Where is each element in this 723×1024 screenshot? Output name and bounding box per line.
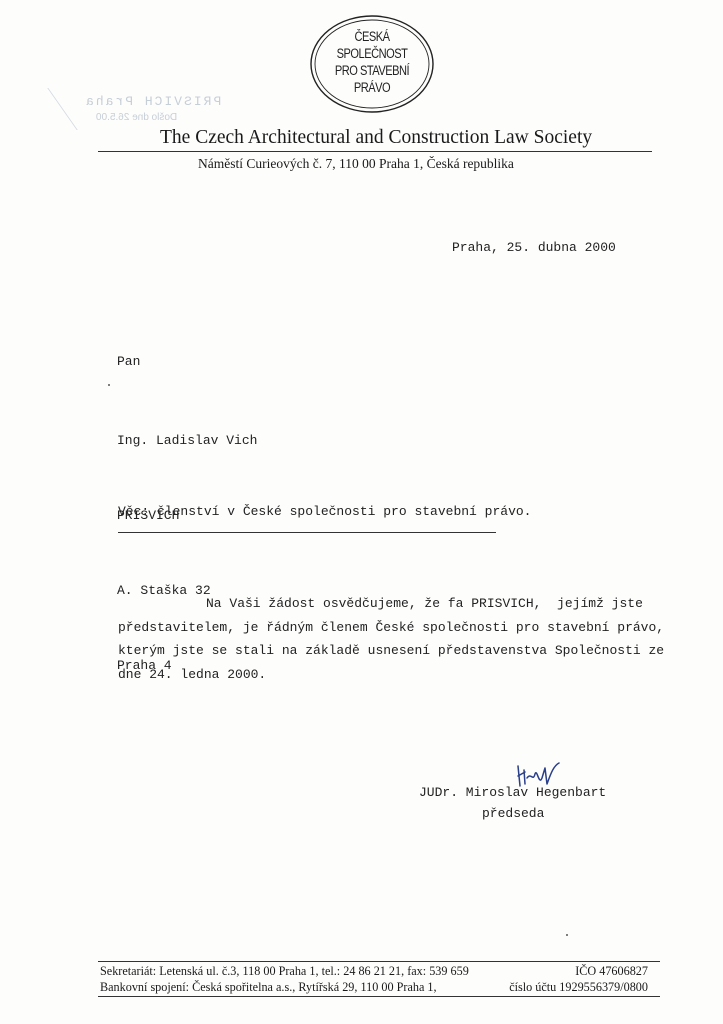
- body-line: dne 24. ledna 2000.: [118, 663, 628, 687]
- body-line: kterým jste se stali na základě usnesení…: [118, 639, 628, 663]
- organization-address: Náměstí Curieových č. 7, 110 00 Praha 1,…: [198, 156, 514, 172]
- letter-body: Na Vaši žádost osvědčujeme, že fa PRISVI…: [118, 592, 628, 686]
- signer-name: JUDr. Miroslav Hegenbart: [419, 785, 606, 800]
- logo-line: ČESKÁ: [320, 28, 425, 45]
- footer-account: číslo účtu 1929556379/0800: [509, 980, 648, 995]
- logo-text: ČESKÁ SPOLEČNOST PRO STAVEBNÍ PRÁVO: [320, 28, 425, 96]
- letter-subject: Věc: členství v České společnosti pro st…: [118, 504, 531, 519]
- stamp-company: PRISVICH Praha: [84, 94, 221, 109]
- footer-secretariat: Sekretariát: Letenská ul. č.3, 118 00 Pr…: [100, 964, 469, 979]
- footer-top-divider: [98, 961, 660, 962]
- subject-underline: [118, 532, 496, 533]
- body-line: představitelem, je řádným členem České s…: [118, 616, 628, 640]
- society-logo: ČESKÁ SPOLEČNOST PRO STAVEBNÍ PRÁVO: [308, 8, 436, 118]
- footer-bank: Bankovní spojení: Česká spořitelna a.s.,…: [100, 980, 437, 995]
- organization-name: The Czech Architectural and Construction…: [160, 127, 592, 149]
- logo-line: SPOLEČNOST: [320, 45, 425, 62]
- margin-dot: [566, 934, 568, 936]
- footer-secretariat-line: Sekretariát: Letenská ul. č.3, 118 00 Pr…: [100, 964, 648, 979]
- logo-line: PRÁVO: [320, 79, 425, 96]
- footer-bank-line: Bankovní spojení: Česká spořitelna a.s.,…: [100, 980, 648, 995]
- recipient-line: Ing. Ladislav Vich: [117, 428, 257, 453]
- letter-date: Praha, 25. dubna 2000: [452, 240, 616, 255]
- stamp-received-date: Došlo dne 26.5.00: [96, 112, 177, 123]
- header-divider: [98, 151, 652, 152]
- logo-line: PRO STAVEBNÍ: [320, 62, 425, 79]
- signer-role: předseda: [482, 806, 544, 821]
- footer-ico: IČO 47606827: [575, 964, 648, 979]
- body-line: Na Vaši žádost osvědčujeme, že fa PRISVI…: [118, 592, 628, 616]
- margin-dot: [108, 384, 110, 386]
- footer-bottom-divider: [98, 996, 660, 997]
- recipient-salutation: Pan: [117, 354, 140, 369]
